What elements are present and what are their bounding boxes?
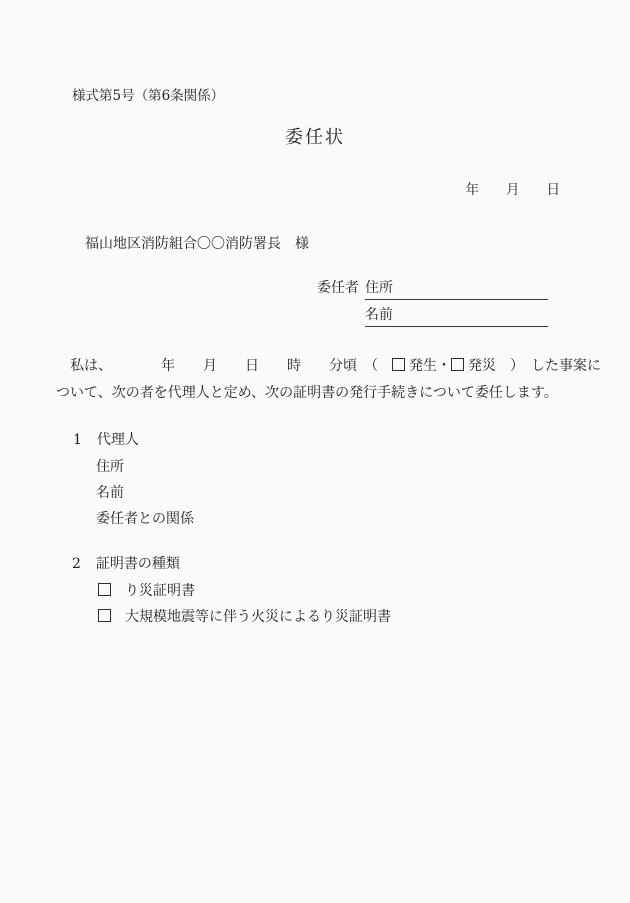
delegator-address-row: 委任者住所 [317, 277, 548, 300]
risai-certificate-label: り災証明書 [125, 583, 195, 599]
section1-heading: 代理人 [97, 432, 139, 448]
body-paragraph-line1: 私は、 年 月 日 時 分頃 （ 発生・発災 ） した事案に [56, 355, 601, 375]
agent-name-label: 名前 [96, 482, 124, 502]
occurrence-label: 発生・ [409, 358, 451, 374]
certificate-option-row: り災証明書 [98, 580, 195, 600]
page-title: 委任状 [0, 123, 630, 149]
date-line: 年 月 日 [466, 178, 561, 198]
disaster-label: 発災 [468, 358, 496, 374]
section2-heading-row: 2証明書の種類 [72, 553, 180, 573]
body-text-pre: 私は、 年 月 日 時 分頃 （ [56, 358, 392, 374]
certificate-option-row: 大規模地震等に伴う火災によるり災証明書 [98, 606, 391, 626]
earthquake-fire-certificate-label: 大規模地震等に伴う火災によるり災証明書 [125, 609, 391, 625]
section1-number: 1 [73, 432, 82, 448]
section1-heading-row: 1代理人 [73, 429, 139, 449]
delegator-label: 委任者 [317, 280, 359, 296]
proxy-form-page: 様式第5号（第6条関係） 委任状 年 月 日 福山地区消防組合〇〇消防署長 様 … [0, 0, 630, 903]
delegator-address-label: 住所 [365, 280, 393, 296]
checkbox-disaster-icon [451, 358, 464, 371]
delegator-name-label: 名前 [365, 307, 393, 323]
body-text-post: ） した事案に [496, 358, 601, 374]
checkbox-occurrence-icon [392, 358, 405, 371]
body-paragraph-line2: ついて、次の者を代理人と定め、次の証明書の発行手続きについて委任します。 [56, 382, 558, 402]
checkbox-risai-certificate-icon [98, 583, 111, 596]
addressee-line: 福山地区消防組合〇〇消防署長 様 [85, 233, 309, 253]
agent-relation-label: 委任者との関係 [96, 508, 194, 528]
agent-address-label: 住所 [96, 456, 124, 476]
checkbox-earthquake-fire-certificate-icon [98, 609, 111, 622]
section2-number: 2 [72, 556, 81, 572]
delegator-address-field: 住所 [365, 277, 548, 300]
delegator-name-row: 名前 [365, 304, 548, 327]
delegator-name-field: 名前 [365, 304, 548, 327]
section2-heading: 証明書の種類 [96, 556, 180, 572]
form-number: 様式第5号（第6条関係） [72, 84, 224, 104]
